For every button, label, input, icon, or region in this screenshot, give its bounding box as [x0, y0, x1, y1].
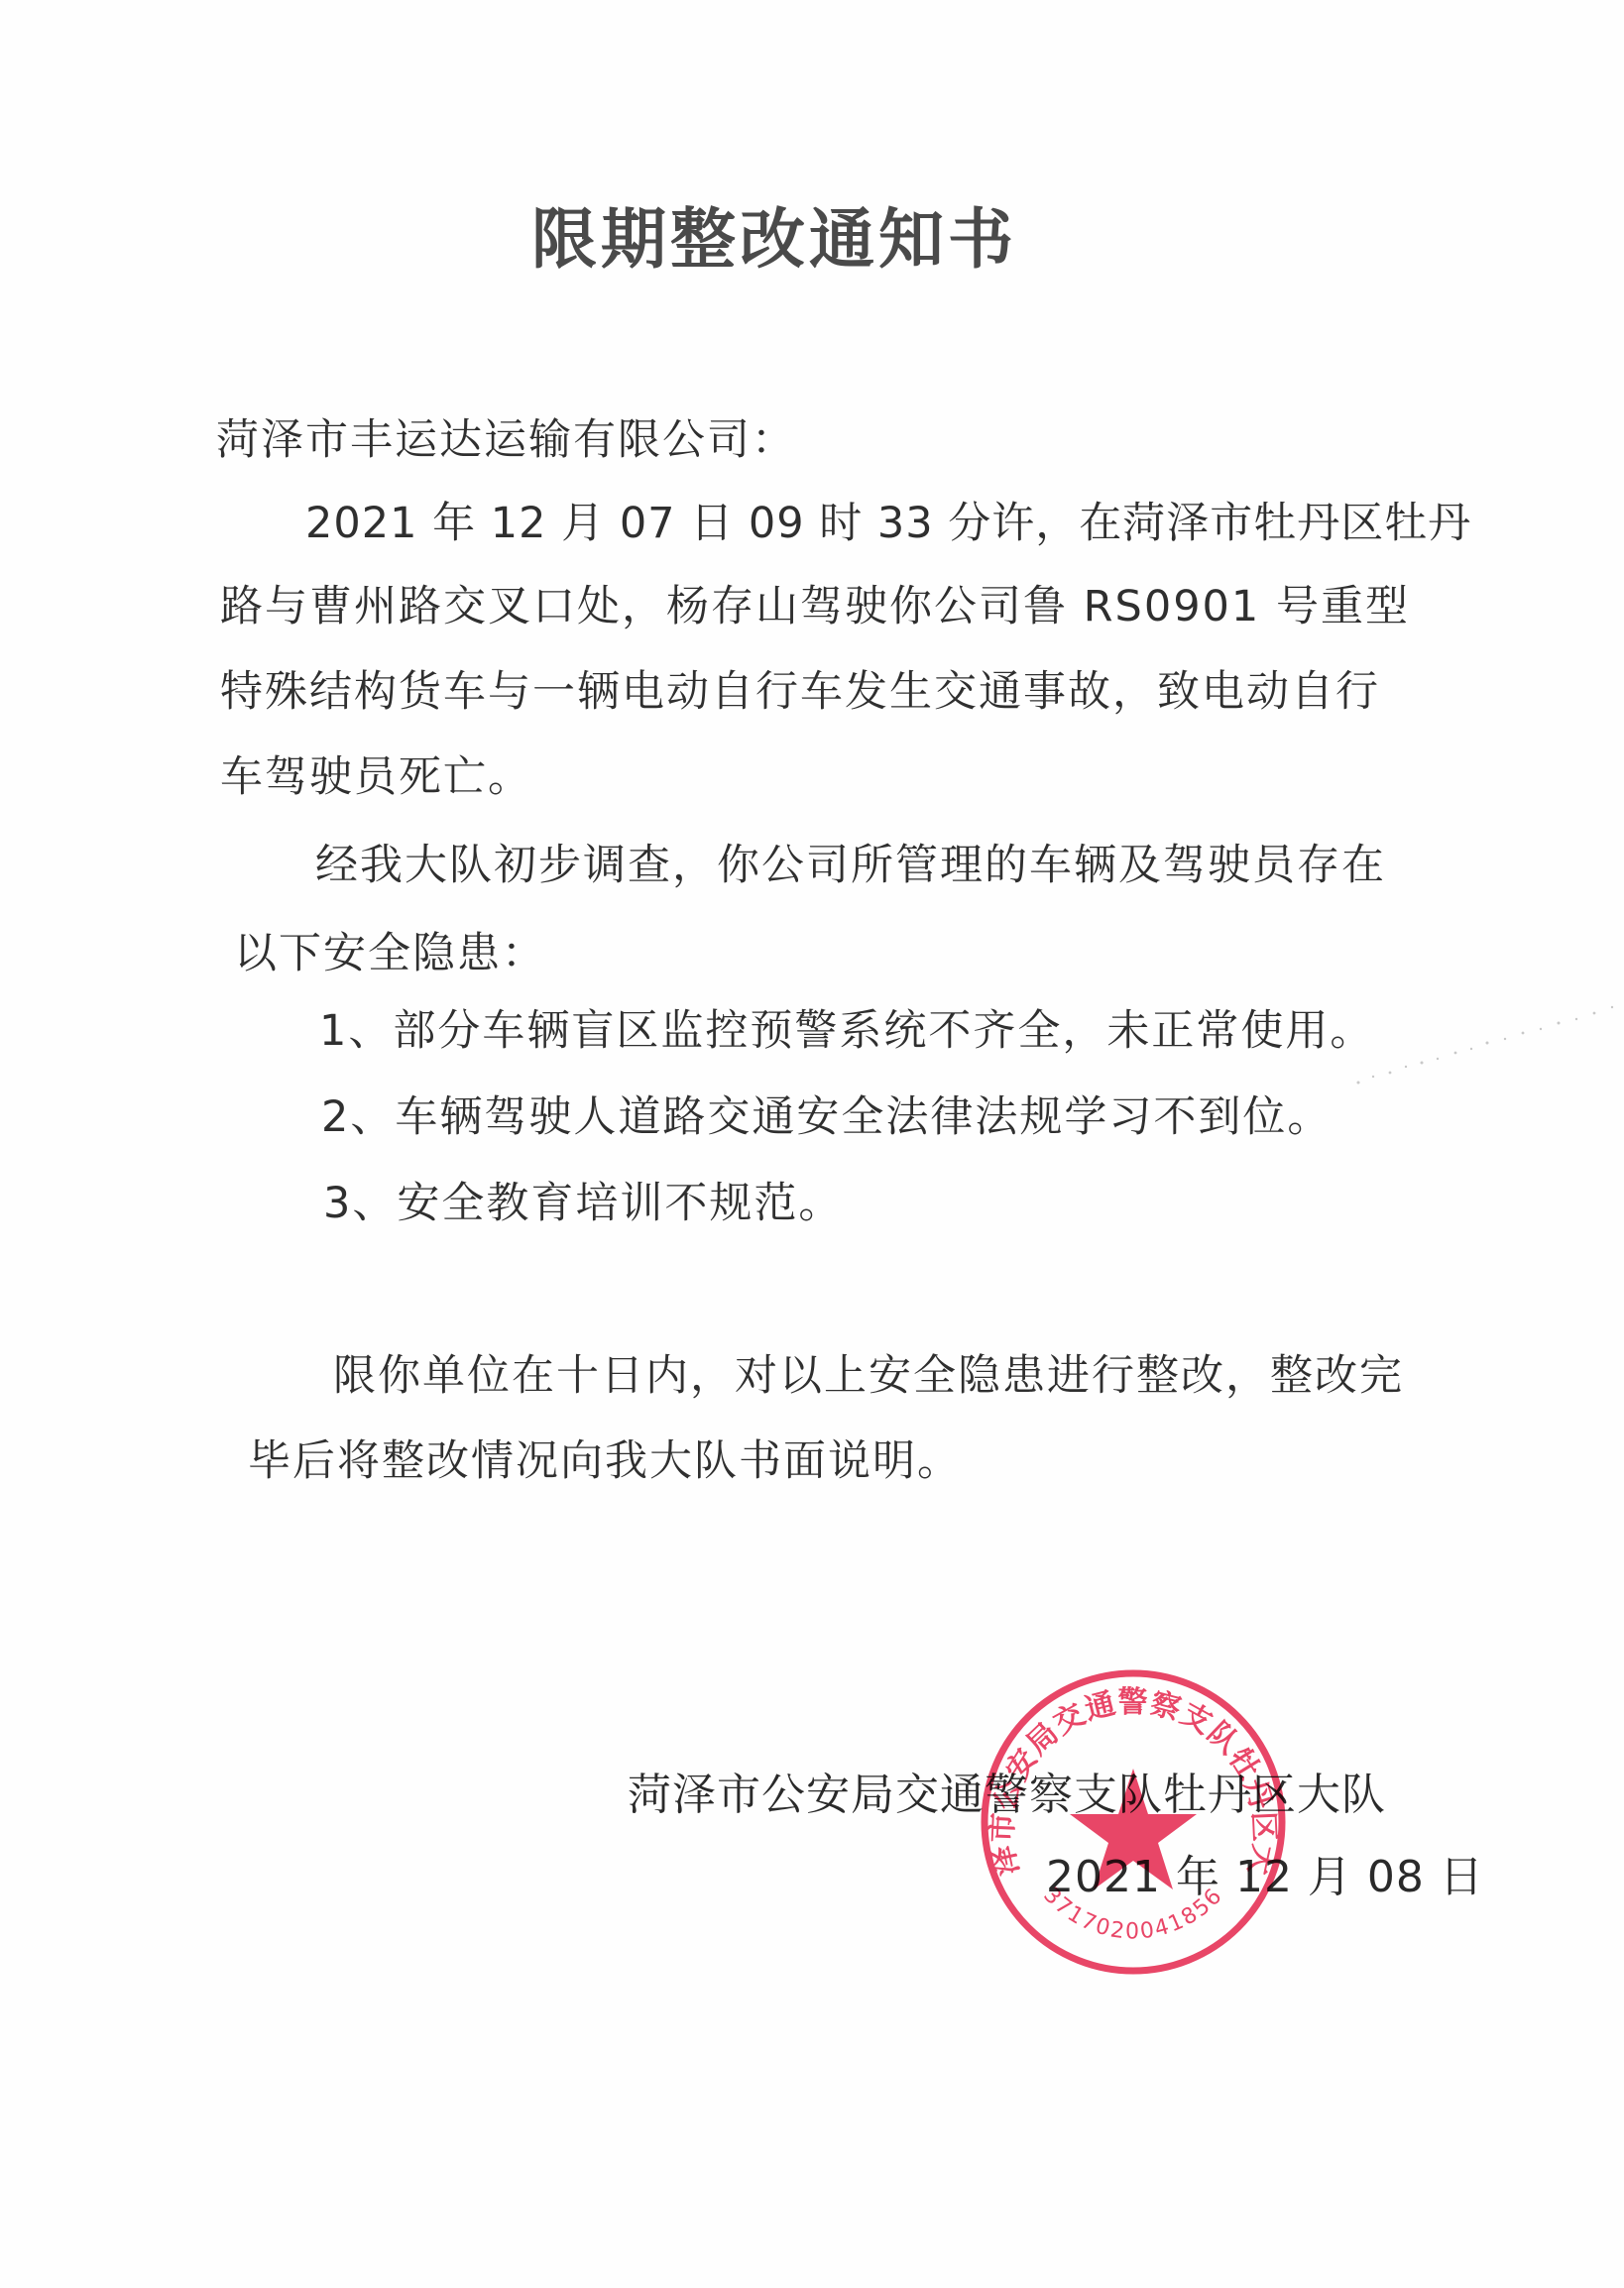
paragraph-line: 毕后将整改情况向我大队书面说明。	[248, 1433, 962, 1489]
paragraph-line: 以下安全隐患：	[234, 926, 546, 981]
star-icon	[1070, 1769, 1197, 1889]
document-title: 限期整改通知书	[531, 194, 1037, 284]
paragraph-line: 特殊结构货车与一辆电动自行车发生交通事故，致电动自行	[220, 664, 1380, 720]
notice-document: 限期整改通知书 菏泽市丰运达运输有限公司： 2021 年 12 月 07 日 0…	[0, 0, 1624, 2288]
paragraph-line: 限你单位在十日内，对以上安全隐患进行整改，整改完	[333, 1348, 1404, 1404]
hazard-item: 2、车辆驾驶人道路交通安全法律法规学习不到位。	[321, 1089, 1332, 1145]
paragraph-line: 路与曹州路交叉口处，杨存山驾驶你公司鲁 RS0901 号重型	[220, 579, 1410, 634]
paragraph-line: 经我大队初步调查，你公司所管理的车辆及驾驶员存在	[315, 838, 1386, 893]
scan-artifact	[1338, 991, 1624, 1090]
hazard-item: 1、部分车辆盲区监控预警系统不齐全，未正常使用。	[319, 1003, 1374, 1059]
paragraph-line: 车驾驶员死亡。	[220, 749, 532, 805]
paragraph-line: 2021 年 12 月 07 日 09 时 33 分许，在菏泽市牡丹区牡丹	[305, 496, 1471, 551]
hazard-item: 3、安全教育培训不规范。	[323, 1176, 843, 1231]
official-seal-stamp: 菏泽市公安局交通警察支队牡丹区大队 3717020041856	[977, 1665, 1290, 1979]
seal-code: 3717020041856	[1038, 1883, 1227, 1944]
addressee: 菏泽市丰运达运输有限公司：	[216, 412, 796, 468]
